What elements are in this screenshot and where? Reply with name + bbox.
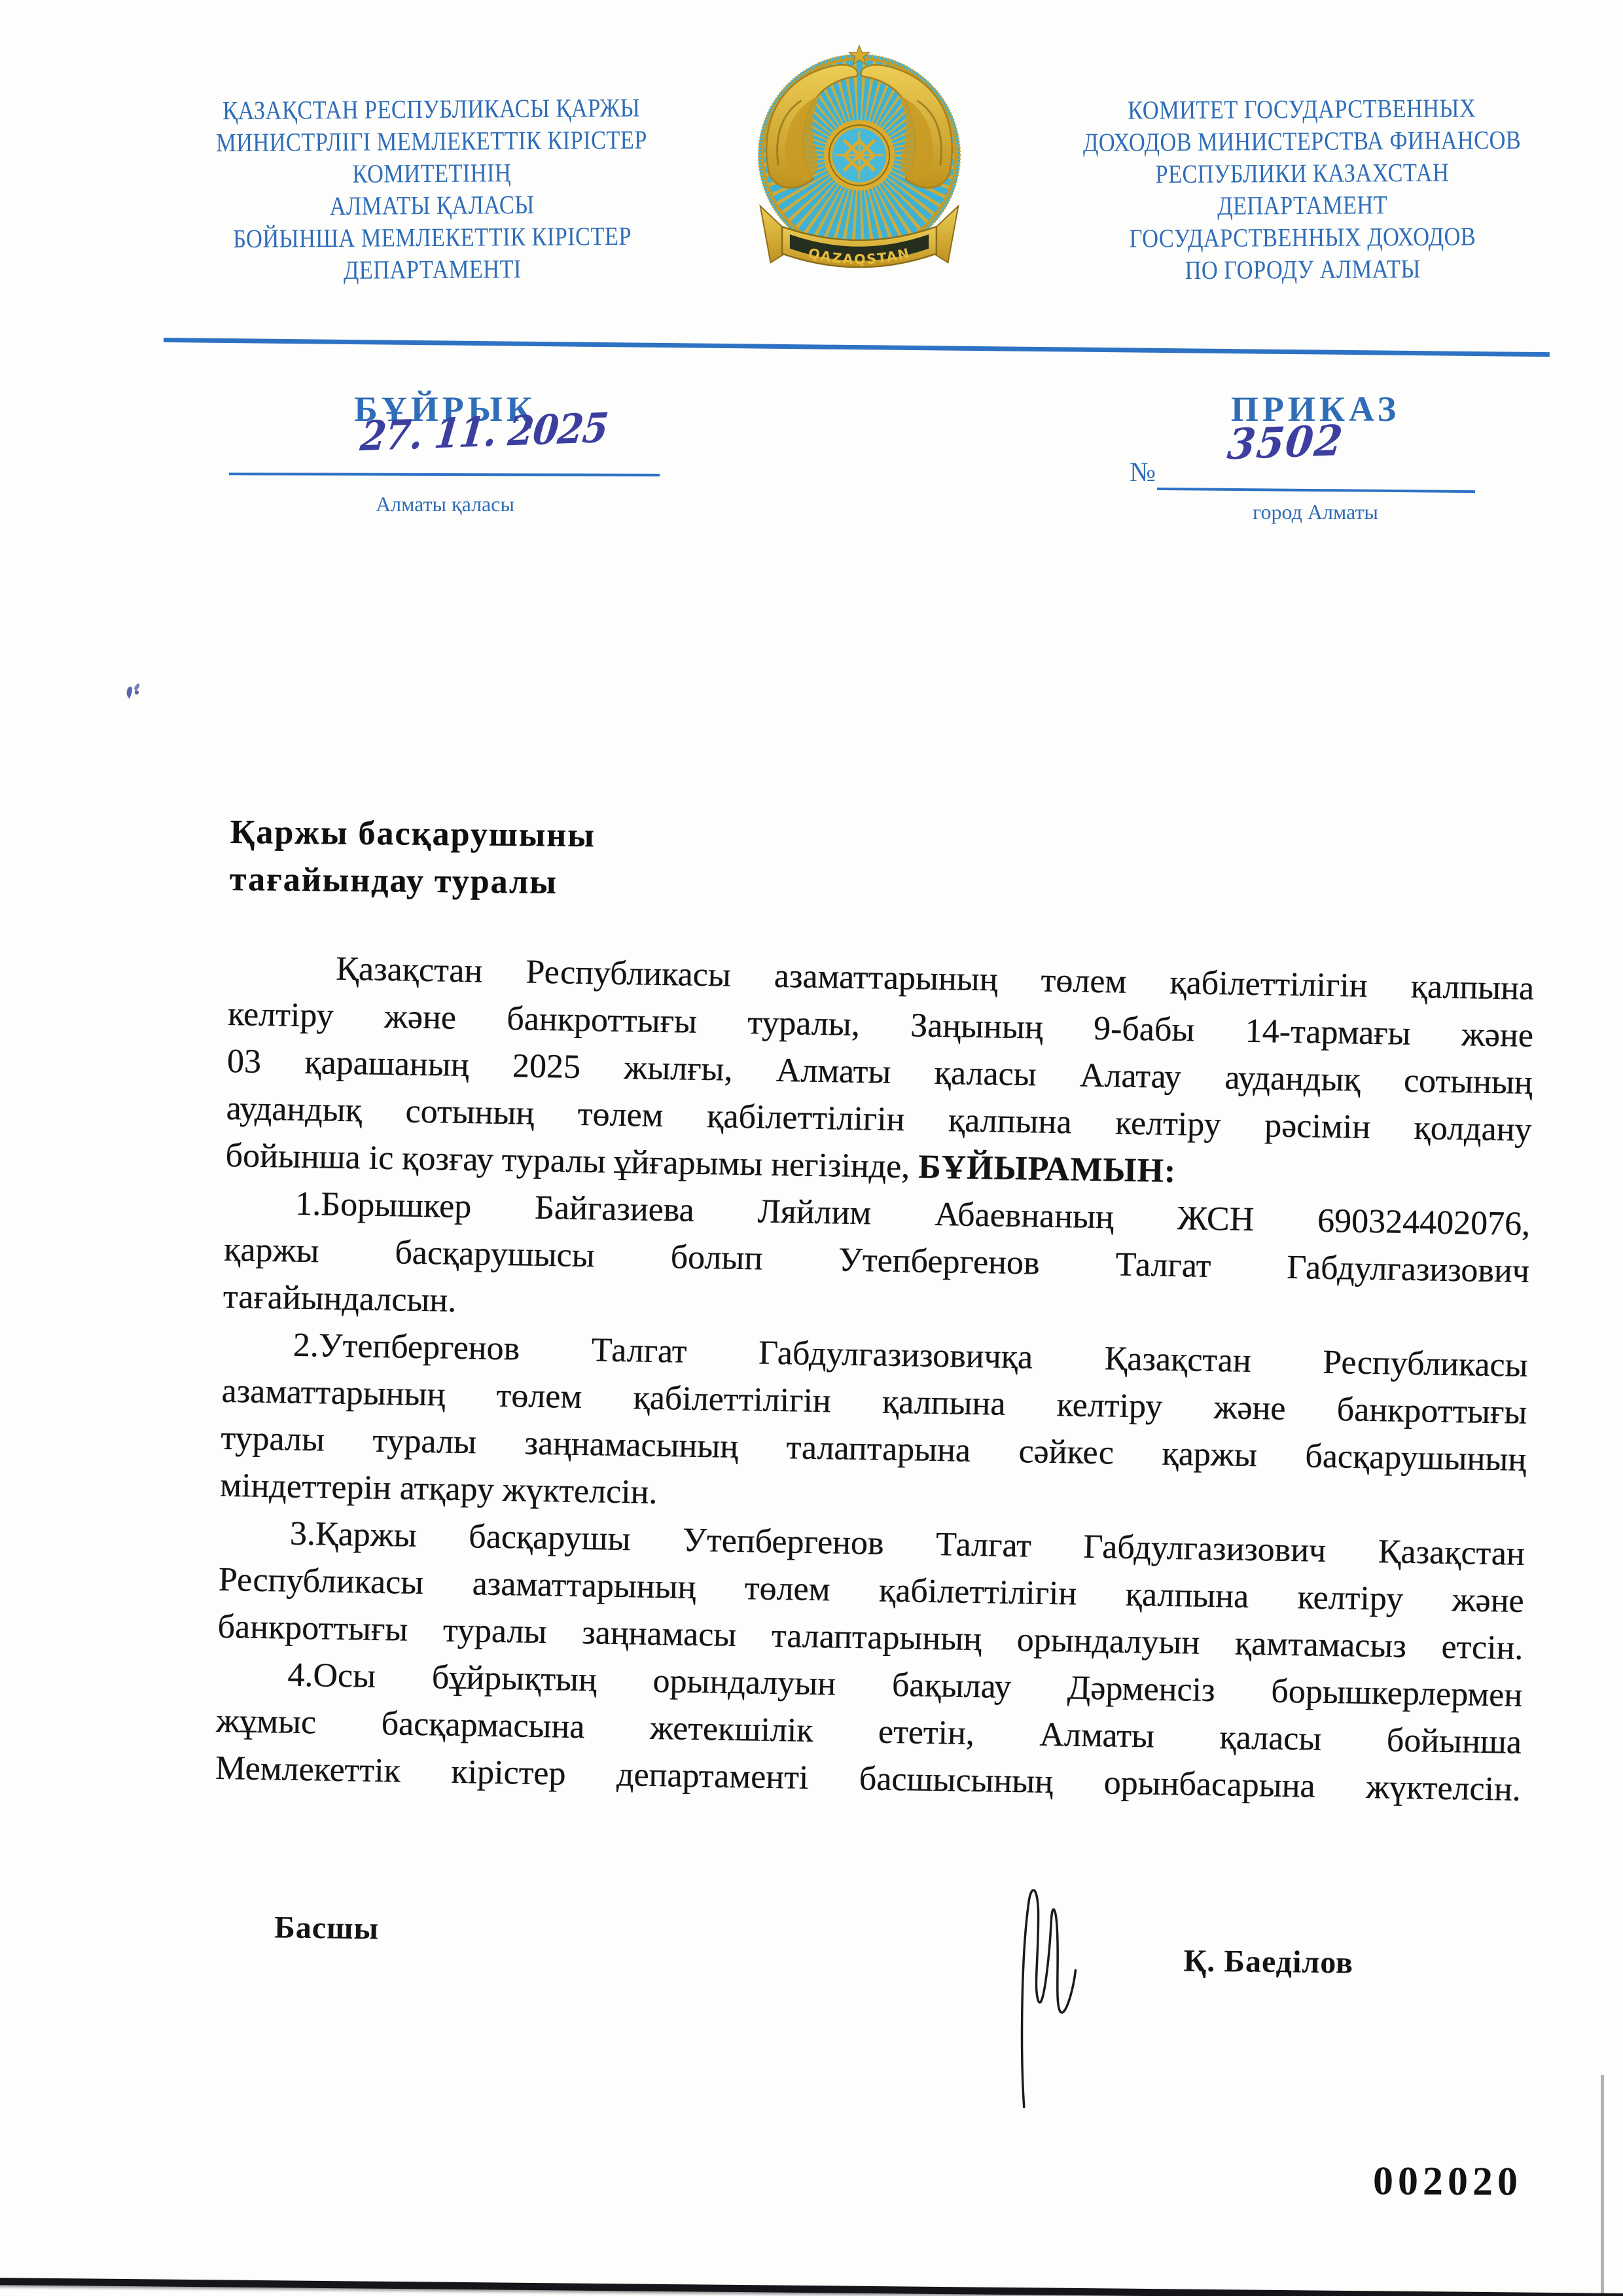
org-line: ҚАЗАҚСТАН РЕСПУБЛИКАСЫ ҚАРЖЫ	[133, 91, 730, 127]
org-line: ГОСУДАРСТВЕННЫХ ДОХОДОВ	[1049, 220, 1556, 255]
document-title-line: тағайындау туралы	[230, 856, 1016, 911]
handwritten-number: 3502	[1225, 416, 1346, 469]
form-number: 002020	[1373, 2158, 1522, 2205]
document-title-line: Қаржы басқарушыны	[230, 809, 1016, 864]
issuer-name-kk: ҚАЗАҚСТАН РЕСПУБЛИКАСЫ ҚАРЖЫМИНИСТРЛІГІ …	[84, 90, 779, 287]
scan-edge-bottom	[0, 2278, 1623, 2296]
signature-mark	[995, 1876, 1129, 2126]
document-title: Қаржы басқарушыны тағайындау туралы	[230, 809, 1016, 911]
scanned-order-document: ҚАЗАҚСТАН РЕСПУБЛИКАСЫ ҚАРЖЫМИНИСТРЛІГІ …	[0, 0, 1623, 2296]
header-divider	[164, 338, 1550, 357]
number-sign: №	[1130, 457, 1156, 488]
signature-block: Басшы Қ. Баеділов	[0, 0, 1623, 20]
ink-speck	[121, 679, 147, 712]
order-body-text: Қазақстан Республикасы азаматтарының төл…	[215, 944, 1535, 1814]
issuer-name-ru: КОМИТЕТ ГОСУДАРСТВЕННЫХДОХОДОВ МИНИСТЕРС…	[1007, 91, 1597, 287]
signatory-name: Қ. Баеділов	[1183, 1943, 1353, 1981]
handwritten-date: 27. 11. 2025	[358, 404, 610, 460]
org-line: ПО ГОРОДУ АЛМАТЫ	[1050, 252, 1556, 287]
body-text: бойынша іс қозғау туралы ұйғарымы негізі…	[225, 1137, 919, 1186]
body-text: тағайындалсын.	[223, 1278, 457, 1319]
signatory-position: Басшы	[274, 1909, 380, 1946]
org-line: ДЕПАРТАМЕНТІ	[134, 251, 731, 287]
place-kk: Алматы қаласы	[314, 492, 576, 516]
org-line: АЛМАТЫ ҚАЛАСЫ	[134, 187, 730, 223]
number-underline	[1157, 488, 1475, 493]
body-text: міндеттерін атқару жүктелсін.	[220, 1467, 658, 1511]
org-line: ДЕПАРТАМЕНТ	[1049, 188, 1556, 223]
org-line: МИНИСТРЛІГІ МЕМЛЕКЕТТІК КІРІСТЕР	[134, 123, 730, 159]
org-line: РЕСПУБЛИКИ КАЗАХСТАН	[1049, 156, 1556, 191]
org-line: ДОХОДОВ МИНИСТЕРСТВА ФИНАНСОВ	[1048, 124, 1555, 159]
scan-edge-right	[1601, 2075, 1604, 2296]
kazakhstan-emblem-icon: QAZAQSTAN	[750, 36, 969, 294]
date-underline	[229, 473, 660, 476]
body-emphasis: БҰЙЫРАМЫН:	[918, 1149, 1177, 1191]
org-line: БОЙЫНША МЕМЛЕКЕТТІК КІРІСТЕР	[134, 219, 731, 255]
org-line: КОМИТЕТІНІҢ	[134, 155, 730, 191]
org-line: КОМИТЕТ ГОСУДАРСТВЕННЫХ	[1048, 92, 1555, 127]
place-ru: город Алматы	[1185, 500, 1446, 524]
